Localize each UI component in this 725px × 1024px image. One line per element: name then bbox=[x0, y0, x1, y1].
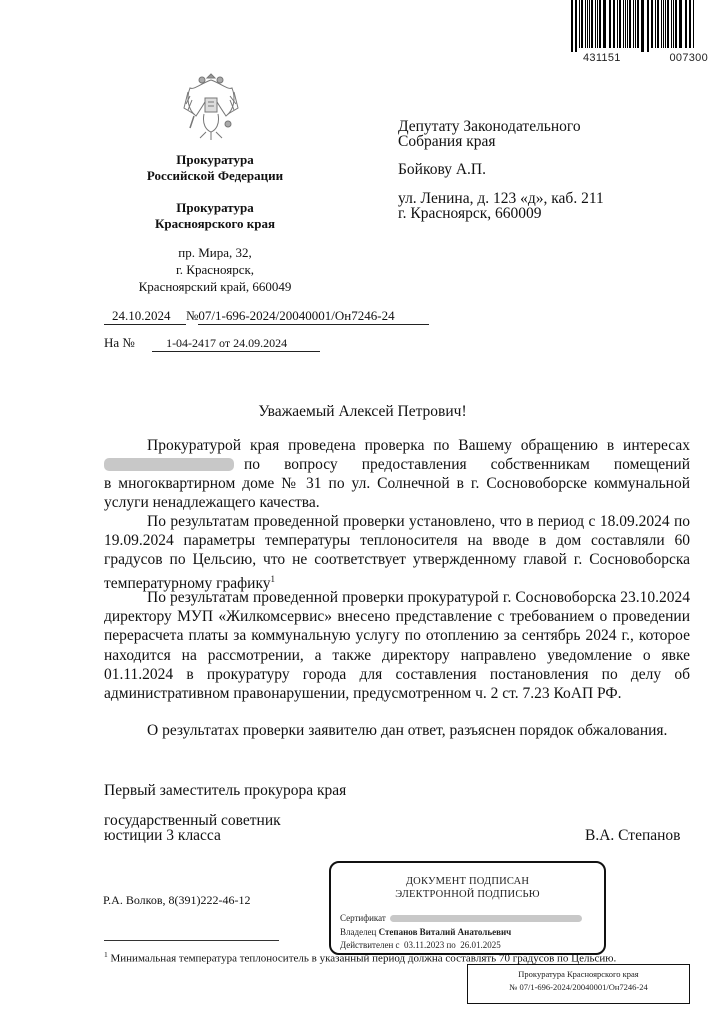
paragraph-1-rest: в многоквартирном доме № 31 по ул. Солне… bbox=[104, 474, 690, 512]
barcode-bars bbox=[569, 0, 709, 52]
executor-contact: Р.А. Волков, 8(391)222-46-12 bbox=[103, 893, 251, 908]
org-line2: Российской Федерации bbox=[147, 168, 283, 183]
barcode-left-digits: 431151 bbox=[583, 52, 621, 64]
sender-address: пр. Мира, 32, г. Красноярск, Красноярски… bbox=[100, 244, 330, 295]
ep-valid-to: 26.01.2025 bbox=[460, 940, 501, 950]
paragraph-2: По результатам проведенной проверки уста… bbox=[104, 512, 690, 593]
recipient-position-line1: Депутату Законодательного bbox=[398, 119, 581, 134]
ep-owner-row: Владелец Степанов Виталий Анатольевич bbox=[340, 926, 604, 940]
reg-stamp-number-row: № 07/1-696-2024/20040001/Он7246-24 bbox=[468, 981, 689, 994]
recipient-position-line2: Собрания края bbox=[398, 134, 581, 149]
recipient-address: ул. Ленина, д. 123 «д», каб. 211 г. Крас… bbox=[398, 191, 604, 221]
ep-valid-label: Действителен с bbox=[340, 940, 400, 950]
signatory-rank: государственный советник юстиции 3 класс… bbox=[104, 813, 281, 843]
paragraph-2-text: По результатам проведенной проверки уста… bbox=[104, 513, 690, 592]
reg-stamp-number-sign: № bbox=[509, 982, 517, 992]
recipient-address-line1: ул. Ленина, д. 123 «д», каб. 211 bbox=[398, 191, 604, 206]
ep-certificate-label: Сертификат bbox=[340, 912, 386, 926]
ep-owner-name: Степанов Виталий Анатольевич bbox=[379, 927, 512, 937]
footnote-marker: 1 bbox=[104, 950, 108, 959]
recipient-position: Депутату Законодательного Собрания края bbox=[398, 119, 581, 149]
org-line1: Прокуратура bbox=[176, 152, 254, 167]
coat-of-arms-icon bbox=[180, 70, 242, 142]
ep-title: ДОКУМЕНТ ПОДПИСАН ЭЛЕКТРОННОЙ ПОДПИСЬЮ bbox=[331, 875, 604, 901]
ep-valid-to-label: по bbox=[446, 940, 455, 950]
outgoing-registration: 24.10.2024№07/1-696-2024/20040001/Он7246… bbox=[104, 308, 429, 325]
paragraph-1-line2-text: по вопросу предоставления собственникам … bbox=[244, 455, 690, 474]
reg-stamp-number: 07/1-696-2024/20040001/Он7246-24 bbox=[519, 982, 647, 992]
ep-title-line1: ДОКУМЕНТ ПОДПИСАН bbox=[331, 875, 604, 888]
sender-address-line2: г. Красноярск, bbox=[176, 262, 254, 277]
recipient-address-line2: г. Красноярск, 660009 bbox=[398, 206, 604, 221]
sender-address-line3: Красноярский край, 660049 bbox=[139, 279, 292, 294]
dept-line1: Прокуратура bbox=[176, 200, 254, 215]
ep-certificate-redacted bbox=[390, 915, 582, 922]
sender-dept: Прокуратура Красноярского края bbox=[100, 200, 330, 232]
barcode-right-digits: 007300 bbox=[669, 52, 708, 64]
ep-certificate-row: Сертификат bbox=[340, 912, 604, 926]
ep-details: Сертификат Владелец Степанов Виталий Ана… bbox=[340, 912, 604, 953]
footnote-ref: 1 bbox=[271, 574, 276, 584]
paragraph-1-line1: Прокуратурой края проведена проверка по … bbox=[104, 436, 690, 455]
incoming-reference: На № 1-04-2417 от 24.09.2024 bbox=[104, 335, 320, 352]
salutation: Уважаемый Алексей Петрович! bbox=[0, 403, 725, 421]
recipient-name: Бойкову А.П. bbox=[398, 162, 486, 177]
sender-address-line1: пр. Мира, 32, bbox=[178, 245, 252, 260]
paragraph-4: О результатах проверки заявителю дан отв… bbox=[104, 721, 690, 740]
paragraph-3: По результатам проведенной проверки прок… bbox=[104, 588, 690, 703]
reply-to-label: На № bbox=[104, 335, 135, 350]
signatory-rank-line2: юстиции 3 класса bbox=[104, 828, 281, 843]
ep-valid-row: Действителен с 03.11.2023 по 26.01.2025 bbox=[340, 939, 604, 953]
ep-owner-label: Владелец bbox=[340, 927, 376, 937]
dept-line2: Красноярского края bbox=[155, 216, 275, 231]
number-sign: № bbox=[186, 308, 198, 323]
signatory-rank-line1: государственный советник bbox=[104, 813, 281, 828]
outgoing-number: 07/1-696-2024/20040001/Он7246-24 bbox=[198, 308, 429, 325]
ep-title-line2: ЭЛЕКТРОННОЙ ПОДПИСЬЮ bbox=[331, 888, 604, 901]
electronic-signature-stamp: ДОКУМЕНТ ПОДПИСАН ЭЛЕКТРОННОЙ ПОДПИСЬЮ С… bbox=[329, 861, 606, 955]
barcode: 431151 007300 bbox=[569, 0, 709, 62]
ep-valid-from: 03.11.2023 bbox=[404, 940, 444, 950]
paragraph-1-line2: по вопросу предоставления собственникам … bbox=[104, 455, 690, 474]
signatory-name: В.А. Степанов bbox=[585, 828, 680, 843]
reg-stamp-org: Прокуратура Красноярского края bbox=[468, 968, 689, 981]
footnote-divider bbox=[104, 940, 279, 941]
sender-org: Прокуратура Российской Федерации bbox=[100, 152, 330, 184]
redacted-name bbox=[104, 458, 234, 471]
reply-to-value: 1-04-2417 от 24.09.2024 bbox=[152, 336, 320, 352]
registration-stamp: Прокуратура Красноярского края № 07/1-69… bbox=[467, 964, 690, 1004]
outgoing-date: 24.10.2024 bbox=[104, 308, 186, 325]
signatory-position: Первый заместитель прокурора края bbox=[104, 783, 346, 798]
